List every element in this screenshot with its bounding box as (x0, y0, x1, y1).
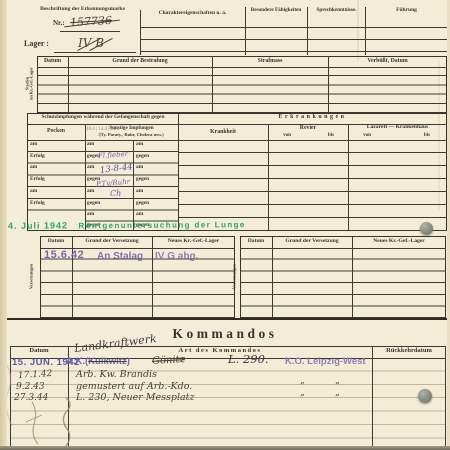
xray-stamp-text: Röntgenuntersuchung der Lunge (78, 220, 245, 230)
erkrankungen-divider (268, 124, 269, 231)
strafen-col-verbuesst: Verbüßt, Datum (328, 58, 447, 64)
transfer-stamp-grund: An Stalag (97, 251, 143, 262)
strafen-col-grund: Grund der Bestrafung (68, 58, 212, 64)
row-label-am: am (30, 189, 37, 195)
paper-bottom-edge (0, 446, 450, 450)
col-pocken: Pocken (27, 128, 85, 134)
erkrankungen-header-line (178, 140, 447, 141)
row-label-am: am (87, 189, 94, 195)
xray-stamp: 24. Juli 1942 Röntgenuntersuchung der Lu… (2, 214, 246, 234)
transfer-stamp-date: 15.6.42 (44, 249, 84, 261)
impfungen-title: Schutzimpfungen während der Gefangenscha… (28, 115, 178, 121)
kommando-row4-ditto: ” (335, 394, 340, 404)
versetzungen-col-grund: Grund der Versetzung (272, 239, 352, 245)
versetzungen-side-label: Versetzungen (30, 249, 39, 305)
xray-stamp-date: 24. Juli 1942 (2, 220, 68, 230)
versetzungen-divider (152, 236, 153, 318)
row-label-gegen: gegen (136, 154, 149, 160)
erkrankungen-title: Erkrankungen (178, 114, 447, 120)
strafen-col-strafmass: Strafmass (212, 58, 328, 64)
kommando-row4-text: L. 230, Neuer Messplatz (76, 392, 194, 403)
kommando-row1-stamp-close: ) (127, 356, 130, 367)
kommandos-col-rueckkehr: Rückkehrdatum (372, 348, 446, 355)
versetzungen-col-neues: Neues Kr.-Gef.-Lager (152, 239, 235, 245)
top-divider (245, 7, 246, 55)
versetzungen-col-datum: Datum (240, 239, 272, 245)
erkrankungen-divider (348, 124, 349, 231)
row-label-gegen: gegen (87, 201, 100, 207)
row-label-am: am (136, 165, 143, 171)
row-label-gegen: gegen (136, 177, 149, 183)
row-label-erfolg: Erfolg (30, 177, 45, 183)
nr-underline (60, 31, 120, 32)
kommando-row1-crossed-hand: Gönitz (152, 354, 185, 367)
col-revier: Revier (268, 125, 348, 131)
paper-crease (357, 0, 359, 60)
top-divider (365, 7, 366, 55)
strafen-divider (212, 56, 213, 113)
kommando-row3-text: gemustert auf Arb.-Kdo. (76, 381, 192, 392)
nr-label: Nr.: (53, 20, 65, 27)
lager-underline (54, 52, 136, 53)
transfer-stamp-lager: IV G abg. (155, 251, 198, 262)
versetzungen-divider (272, 236, 273, 318)
versetzungen-header-line (240, 248, 446, 249)
top-divider (307, 7, 308, 55)
col-lazarett: Lazarett — Krankenhaus (348, 125, 447, 131)
row-label-erfolg: Erfolg (30, 154, 45, 160)
top-rule-line (140, 51, 447, 52)
ink-entry-vaccine2b: Ch (110, 189, 121, 198)
strafen-side-label: Strafen im Kr.-Gef.-Lager (26, 54, 37, 114)
pencil-scribble (18, 396, 88, 448)
erkennungsmarke-label: Beschriftung der Erkennungsmarke (25, 7, 140, 13)
paper-left-edge (0, 0, 7, 450)
row-label-am: am (87, 165, 94, 171)
row-label-am: am (136, 142, 143, 148)
strafen-divider (68, 56, 69, 113)
row-label-am: am (30, 142, 37, 148)
kommando-row4-ditto: ” (300, 394, 305, 404)
strafen-header-line (37, 67, 447, 68)
kommando-row1-number: L. 290. (228, 352, 269, 366)
strafen-side-label-line2: im Kr.-Gef.-Lager (30, 54, 34, 114)
impfungen-header-line (27, 140, 178, 141)
revier-von: von (272, 133, 302, 138)
versetzungen-col-grund: Grund der Versetzung (72, 239, 152, 245)
punch-hole (420, 222, 433, 235)
kommando-row1-crossed-stamp: Kulkwitz (88, 356, 127, 367)
row-label-erfolg: Erfolg (30, 201, 45, 207)
row-label-am: am (87, 142, 94, 148)
faehigkeiten-label: Besondere Fähigkeiten (246, 8, 306, 13)
row-label-am: am (30, 165, 37, 171)
kommando-row2-text: Arb. Kw. Brandis (76, 369, 157, 380)
strafen-row-lines (38, 67, 446, 113)
row-label-am: am (136, 189, 143, 195)
paper-crease (438, 60, 440, 210)
top-rule-line (140, 39, 447, 40)
kommando-row3-ditto: ” (300, 382, 305, 392)
strafen-col-datum: Datum (37, 58, 68, 64)
lager-label: Lager : (24, 40, 49, 48)
kommando-row1-stamp-open: A.K.( (66, 356, 88, 367)
lazarett-von: von (352, 133, 382, 138)
pow-record-card: Beschriftung der Erkennungsmarke Nr.: 15… (0, 0, 450, 450)
strafen-divider (328, 56, 329, 113)
kommandos-col-datum: Datum (10, 348, 68, 355)
kommando-row1-place-stamp: K.O. Leipzig-West (285, 356, 366, 367)
revier-bis: bis (316, 133, 346, 138)
fuehrung-label: Führung (366, 8, 447, 14)
kommandos-divider (372, 346, 373, 450)
top-rule-line (140, 27, 447, 28)
charakter-label: Charaktereigenschaften u. a. (140, 11, 245, 17)
section-separator-rule (0, 318, 450, 320)
pencil-note-year: 43 (98, 133, 103, 138)
col-krankheit: Krankheit (178, 129, 268, 135)
kommando-row1-stamp: A.K.(Kulkwitz) (66, 356, 130, 367)
versetzungen-divider (352, 236, 353, 318)
punch-hole (418, 389, 432, 403)
kommando-row3-ditto: ” (335, 382, 340, 392)
versetzungen-col-datum: Datum (40, 239, 72, 245)
row-label-gegen: gegen (136, 201, 149, 207)
kommando-row3-date: 9.2.43 (16, 382, 45, 392)
versetzungen-col-neues: Neues Kr.-Gef.-Lager (352, 239, 446, 245)
pencil-note-dates: 10.4 | 14.4 | 24/2 (86, 127, 119, 132)
